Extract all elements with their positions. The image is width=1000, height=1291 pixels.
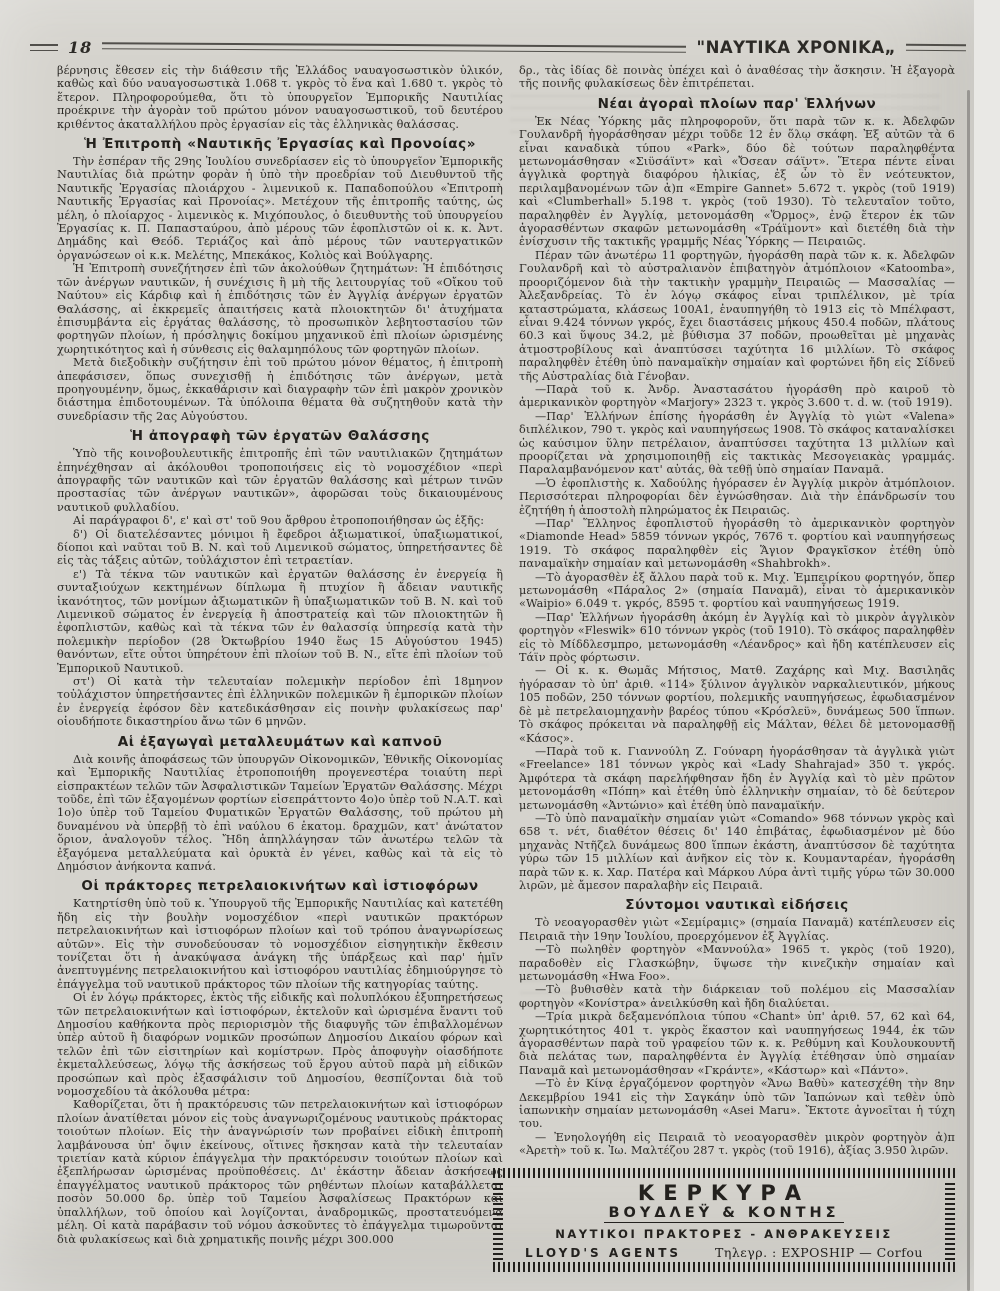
header-rule (906, 44, 966, 51)
ad-content: ΚΕΡΚΥΡΑ ΒΟΥΔΛΕΫ & ΚΟΝΤΗΣ ΝΑΥΤΙΚΟΙ ΠΡΑΚΤΟ… (509, 1178, 939, 1261)
section-heading: Ἡ ἀπογραφὴ τῶν ἐργατῶν Θαλάσσης (57, 428, 503, 444)
right-column: δρ., τὰς ἰδίας δὲ ποινὰς ὑπέχει καὶ ὁ ἀν… (519, 64, 955, 1271)
scan-edge-strip (974, 0, 1000, 1291)
article-paragraph: Ἡ Ἐπιτροπὴ συνεζήτησεν ἐπὶ τῶν ἀκολούθων… (57, 262, 503, 356)
section-heading: Οἱ πράκτορες πετρελαιοκινήτων καὶ ἱστιοφ… (57, 878, 503, 894)
ad-hatch-border-bottom (493, 1262, 955, 1272)
article-paragraph: —Παρ' Ἑλλήνων ἐπίσης ἠγοράσθη ἐν Ἀγγλίᾳ … (519, 410, 955, 477)
ad-city: ΚΕΡΚΥΡΑ (515, 1182, 933, 1204)
left-column: βέρνησις ἔθεσεν εἰς τὴν διάθεσιν τῆς Ἑλλ… (57, 64, 503, 1271)
article-paragraph: — Ἐνηολογήθη εἰς Πειραιᾶ τὸ νεοαγορασθὲν… (519, 1131, 955, 1158)
page-number: 18 (68, 38, 92, 57)
article-paragraph: δ') Οἱ διατελέσαντες μόνιμοι ἢ ἔφεδροι ἀ… (57, 528, 503, 568)
ad-telegraph-address: Τηλεγρ. : EXPOSHIP — Corfou (715, 1245, 923, 1261)
article-paragraph: —Παρὰ τοῦ κ. Γιαννούλη Ζ. Γούναρη ἠγοράσ… (519, 745, 955, 812)
article-paragraph: Τὸ νεοαγορασθὲν γιὼτ «Σεμίραμις» (σημαία… (519, 916, 955, 943)
section-heading: Σύντομοι ναυτικαὶ εἰδήσεις (519, 897, 955, 913)
header-rule (30, 44, 58, 51)
ad-bottom-line: LLOYD'S AGENTS Τηλεγρ. : EXPOSHIP — Corf… (515, 1245, 933, 1261)
article-paragraph: στ') Οἱ κατὰ τὴν τελευταίαν πολεμικὴν πε… (57, 675, 503, 729)
ad-hatch-border-left (493, 1180, 503, 1260)
ad-hatch-border-top (493, 1168, 955, 1178)
article-paragraph: —Τὸ ἀγορασθὲν ἐξ ἄλλου παρὰ τοῦ κ. Μιχ. … (519, 571, 955, 611)
right-column-text: δρ., τὰς ἰδίας δὲ ποινὰς ὑπέχει καὶ ὁ ἀν… (519, 64, 955, 1158)
page-header: 18 "ΝΑΥΤΙΚΑ ΧΡΟΝΙΚΑ„ (30, 38, 966, 57)
scanned-newspaper-page: 18 "ΝΑΥΤΙΚΑ ΧΡΟΝΙΚΑ„ βέρνησις ἔθεσεν εἰς… (0, 0, 1000, 1291)
article-paragraph: ε') Τὰ τέκνα τῶν ναυτικῶν καὶ ἐργατῶν θα… (57, 568, 503, 675)
article-paragraph: —Τὸ βυθισθὲν κατὰ τὴν διάρκειαν τοῦ πολέ… (519, 983, 955, 1010)
article-paragraph: —Τὸ ὑπὸ παναμαϊκὴν σημαίαν γιὼτ «Comando… (519, 812, 955, 892)
ad-firm-text: ΒΟΥΔΛΕΫ & ΚΟΝΤΗΣ (604, 1205, 843, 1223)
article-columns: βέρνησις ἔθεσεν εἰς τὴν διάθεσιν τῆς Ἑλλ… (57, 64, 943, 1271)
article-paragraph: δρ., τὰς ἰδίας δὲ ποινὰς ὑπέχει καὶ ὁ ἀν… (519, 64, 955, 91)
article-paragraph: βέρνησις ἔθεσεν εἰς τὴν διάθεσιν τῆς Ἑλλ… (57, 64, 503, 131)
section-heading: Αἱ ἐξαγωγαὶ μεταλλευμάτων καὶ καπνοῦ (57, 734, 503, 750)
article-paragraph: Οἱ ἐν λόγῳ πράκτορες, ἐκτὸς τῆς εἰδικῆς … (57, 991, 503, 1098)
article-paragraph: Πέραν τῶν ἀνωτέρω 11 φορτηγῶν, ἠγοράσθη … (519, 249, 955, 383)
article-paragraph: Ἐκ Νέας Ὑόρκης μᾶς πληροφοροῦν, ὅτι παρὰ… (519, 115, 955, 249)
article-paragraph: Καθορίζεται, ὅτι ἡ πρακτόρευσις τῶν πετρ… (57, 1098, 503, 1245)
article-paragraph: —Ὁ ἐφοπλιστὴς κ. Χαδούλης ἠγόρασεν ἐν Ἀγ… (519, 477, 955, 517)
article-paragraph: Κατηρτίσθη ὑπὸ τοῦ κ. Ὑπουργοῦ τῆς Ἐμπορ… (57, 897, 503, 991)
article-paragraph: Διὰ κοινῆς ἀποφάσεως τῶν ὑπουργῶν Οἰκονο… (57, 753, 503, 874)
article-paragraph: —Τὸ ἐν Κίνᾳ ἐργαζόμενον φορτηγὸν «Ἄνω Βα… (519, 1077, 955, 1131)
article-paragraph: —Παρ' Ἕλληνος ἐφοπλιστοῦ ἠγοράσθη τὸ ἀμε… (519, 517, 955, 571)
article-paragraph: —Παρ' Ἑλλήνων ἠγοράσθη ἀκόμη ἐν Ἀγγλίᾳ κ… (519, 611, 955, 665)
scan-edge-line (967, 90, 970, 1291)
advertisement-kerkyra: ΚΕΡΚΥΡΑ ΒΟΥΔΛΕΫ & ΚΟΝΤΗΣ ΝΑΥΤΙΚΟΙ ΠΡΑΚΤΟ… (493, 1168, 955, 1272)
section-heading: Νέαι ἀγοραὶ πλοίων παρ' Ἑλλήνων (519, 96, 955, 112)
article-paragraph: Τὴν ἑσπέραν τῆς 29ης Ἰουλίου συνεδρίασεν… (57, 155, 503, 262)
article-paragraph: —Τὸ πωληθὲν φορτηγὸν «Μαννούλα» 1965 τ. … (519, 943, 955, 983)
ad-lloyds-agents: LLOYD'S AGENTS (525, 1245, 681, 1261)
section-heading: Ἡ Ἐπιτροπὴ «Ναυτικῆς Ἐργασίας καὶ Προνοί… (57, 136, 503, 152)
ad-hatch-border-right (945, 1180, 955, 1260)
article-paragraph: Μετὰ διεξοδικὴν συζήτησιν ἐπὶ τοῦ πρώτου… (57, 356, 503, 423)
ad-firm-name: ΒΟΥΔΛΕΫ & ΚΟΝΤΗΣ (515, 1204, 933, 1223)
article-paragraph: Αἱ παράγραφοι δ', ε' καὶ στ' τοῦ 9ου ἄρθ… (57, 514, 503, 527)
article-paragraph: —Τρία μικρὰ δεξαμενόπλοια τύπου «Chant» … (519, 1010, 955, 1077)
article-paragraph: —Παρὰ τοῦ κ. Ἀνδρ. Ἀναστασάτου ἠγοράσθη … (519, 383, 955, 410)
article-paragraph: — Οἱ κ. κ. Θωμᾶς Μήτσιος, Ματθ. Ζαχάρης … (519, 664, 955, 744)
masthead-title: "ΝΑΥΤΙΚΑ ΧΡΟΝΙΚΑ„ (696, 38, 896, 57)
ad-trade-line: ΝΑΥΤΙΚΟΙ ΠΡΑΚΤΟΡΕΣ - ΑΝΘΡΑΚΕΥΣΕΙΣ (515, 1226, 933, 1243)
article-paragraph: Ὑπὸ τῆς κοινοβουλευτικῆς ἐπιτροπῆς ἐπὶ τ… (57, 447, 503, 514)
header-rule (102, 42, 686, 53)
